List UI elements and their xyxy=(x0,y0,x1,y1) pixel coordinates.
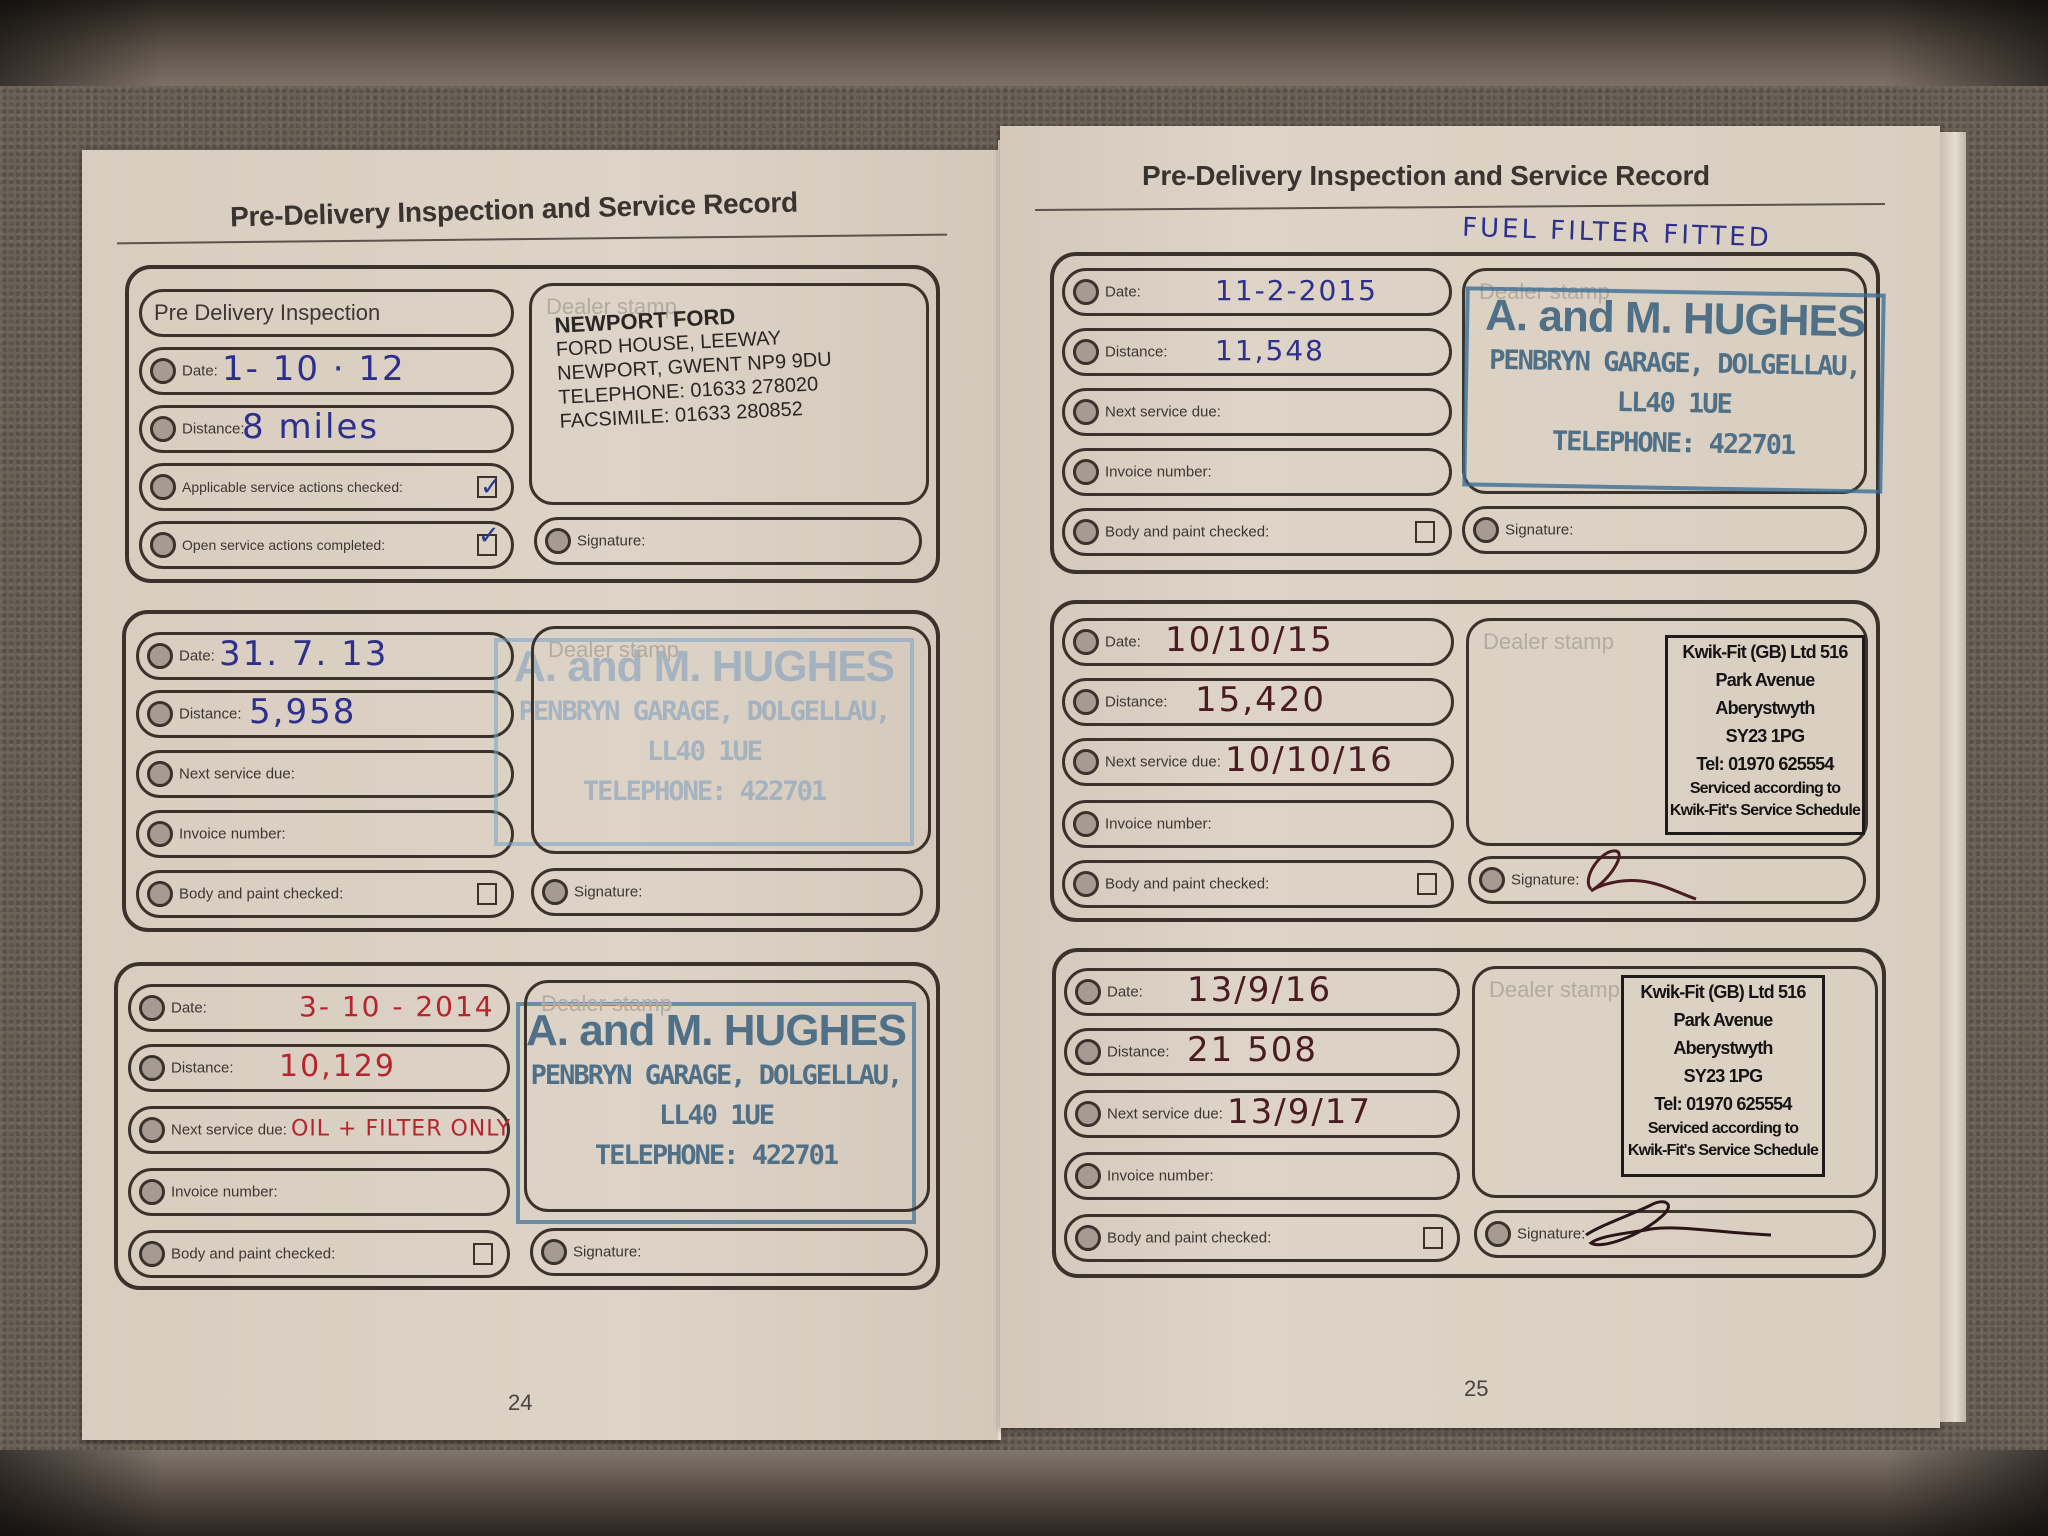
pdi-heading-field: Pre Delivery Inspection xyxy=(139,289,514,337)
date-field[interactable]: Date: 3- 10 - 2014 xyxy=(128,984,510,1032)
distance-field[interactable]: Distance: 8 miles xyxy=(139,405,514,453)
checkbox[interactable]: ✓ xyxy=(477,476,497,498)
bullet-circle-icon xyxy=(1075,1039,1101,1065)
field-label: Distance: xyxy=(1107,1044,1170,1061)
bullet-circle-icon xyxy=(1479,867,1505,893)
distance-field[interactable]: Distance: 10,129 xyxy=(128,1044,510,1092)
field-label: Distance: xyxy=(182,421,245,438)
top-vignette-band xyxy=(0,0,2048,86)
bullet-circle-icon xyxy=(1073,749,1099,775)
bullet-circle-icon xyxy=(150,474,176,500)
bottom-vignette-band xyxy=(0,1450,2048,1536)
signature-scribble-icon xyxy=(1581,1195,1781,1255)
field-label: Signature: xyxy=(577,533,645,550)
date-field[interactable]: Date: 13/9/16 xyxy=(1064,968,1460,1016)
bullet-circle-icon xyxy=(1073,871,1099,897)
dealer-stamp-box: Dealer stamp Kwik-Fit (GB) Ltd 516 Park … xyxy=(1466,618,1868,846)
invoice-number-field[interactable]: Invoice number: xyxy=(128,1168,510,1216)
distance-field[interactable]: Distance: 5,958 xyxy=(136,690,514,738)
field-label: Signature: xyxy=(1511,872,1579,889)
bullet-circle-icon xyxy=(150,532,176,558)
body-paint-checked-field[interactable]: Body and paint checked: xyxy=(136,870,514,918)
page-left: Pre-Delivery Inspection and Service Reco… xyxy=(82,150,1000,1440)
page-right: Pre-Delivery Inspection and Service Reco… xyxy=(1000,126,1940,1428)
dealer-stamp-box: Dealer stamp xyxy=(531,626,931,854)
bullet-circle-icon xyxy=(1073,399,1099,425)
field-value: 10,129 xyxy=(279,1049,396,1084)
checkbox[interactable] xyxy=(1423,1227,1443,1249)
invoice-number-field[interactable]: Invoice number: xyxy=(1064,1152,1460,1200)
stamp-line: Aberystwyth xyxy=(1624,1034,1822,1062)
hughes-garage-stamp: A. and M. HUGHES PENBRYN GARAGE, DOLGELL… xyxy=(1462,286,1885,493)
field-label: Signature: xyxy=(574,884,642,901)
bullet-circle-icon xyxy=(545,528,571,554)
bullet-circle-icon xyxy=(147,701,173,727)
checkbox[interactable]: ✓ xyxy=(477,534,497,556)
field-value: 10/10/16 xyxy=(1225,740,1394,780)
field-value: 21 508 xyxy=(1187,1030,1318,1070)
bullet-circle-icon xyxy=(1073,689,1099,715)
bullet-circle-icon xyxy=(147,881,173,907)
field-label: Date: xyxy=(1107,984,1143,1001)
field-label: Distance: xyxy=(171,1060,234,1077)
bullet-circle-icon xyxy=(150,358,176,384)
stamp-line: Kwik-Fit (GB) Ltd 516 xyxy=(1624,978,1822,1006)
field-label: Invoice number: xyxy=(179,826,286,843)
date-field[interactable]: Date: 10/10/15 xyxy=(1062,618,1454,666)
stamp-line: A. and M. HUGHES xyxy=(1469,290,1882,347)
field-label: Body and paint checked: xyxy=(179,886,343,903)
signature-field[interactable]: Signature: xyxy=(530,1228,928,1276)
stamp-line: Tel: 01970 625554 xyxy=(1624,1090,1822,1118)
stamp-line: Park Avenue xyxy=(1668,666,1862,694)
check-mark-icon: ✓ xyxy=(480,473,502,499)
title-rule xyxy=(1035,203,1885,211)
field-label: Next service due: xyxy=(171,1122,287,1139)
service-record-card: Date: 11-2-2015 Distance: 11,548 Next se… xyxy=(1050,252,1880,574)
field-label: Invoice number: xyxy=(1105,816,1212,833)
next-service-due-field[interactable]: Next service due: xyxy=(1062,388,1452,436)
field-label: Signature: xyxy=(1505,522,1573,539)
bullet-circle-icon xyxy=(139,1055,165,1081)
page-title: Pre-Delivery Inspection and Service Reco… xyxy=(1142,160,1710,192)
stamp-caption: Dealer stamp xyxy=(548,637,679,663)
page-number: 25 xyxy=(1464,1376,1488,1402)
kwik-fit-stamp: Kwik-Fit (GB) Ltd 516 Park Avenue Aberys… xyxy=(1621,975,1825,1177)
body-paint-checked-field[interactable]: Body and paint checked: xyxy=(1062,860,1454,908)
service-record-card: Date: 13/9/16 Distance: 21 508 Next serv… xyxy=(1052,948,1886,1278)
handwritten-annotation: FUEL FILTER FITTED xyxy=(1462,213,1773,254)
field-label: Next service due: xyxy=(1105,754,1221,771)
page-title: Pre-Delivery Inspection and Service Reco… xyxy=(230,187,799,234)
date-field[interactable]: Date: 31. 7. 13 xyxy=(136,632,514,680)
title-rule xyxy=(117,234,947,245)
field-value: 8 miles xyxy=(242,407,379,447)
field-value: 5,958 xyxy=(249,692,356,732)
field-value: 1- 10 · 12 xyxy=(222,349,406,389)
body-paint-checked-field[interactable]: Body and paint checked: xyxy=(128,1230,510,1278)
field-label: Date: xyxy=(171,1000,207,1017)
invoice-number-field[interactable]: Invoice number: xyxy=(1062,800,1454,848)
bullet-circle-icon xyxy=(1073,339,1099,365)
field-label: Date: xyxy=(182,363,218,380)
service-record-card: Date: 31. 7. 13 Distance: 5,958 Next ser… xyxy=(122,610,940,932)
field-label: Next service due: xyxy=(1105,404,1221,421)
bullet-circle-icon xyxy=(1073,811,1099,837)
field-label: Distance: xyxy=(179,706,242,723)
stamp-line: Serviced according to xyxy=(1624,1118,1822,1140)
field-label: Open service actions completed: xyxy=(182,537,385,553)
stamp-line: PENBRYN GARAGE, DOLGELLAU, xyxy=(1468,340,1881,387)
dealer-stamp-box: Dealer stamp NEWPORT FORD FORD HOUSE, LE… xyxy=(529,283,929,505)
service-record-card: Date: 10/10/15 Distance: 15,420 Next ser… xyxy=(1050,600,1880,922)
date-field[interactable]: Date: 11-2-2015 xyxy=(1062,268,1452,316)
next-service-due-field[interactable]: Next service due: 13/9/17 xyxy=(1064,1090,1460,1138)
field-label: Signature: xyxy=(573,1244,641,1261)
distance-field[interactable]: Distance: 21 508 xyxy=(1064,1028,1460,1076)
page-number: 24 xyxy=(508,1390,532,1416)
signature-field[interactable]: Signature: xyxy=(1462,506,1867,554)
field-label: Applicable service actions checked: xyxy=(182,479,403,495)
bullet-circle-icon xyxy=(542,879,568,905)
applicable-service-actions-field[interactable]: Applicable service actions checked: ✓ xyxy=(139,463,514,511)
stamp-line: TELEPHONE: 422701 xyxy=(1467,420,1880,467)
stamp-caption: Dealer stamp xyxy=(1483,629,1614,655)
stamp-caption: Dealer stamp xyxy=(541,991,672,1017)
bullet-circle-icon xyxy=(139,995,165,1021)
signature-field[interactable]: Signature: xyxy=(1468,856,1866,904)
service-record-card: Date: 3- 10 - 2014 Distance: 10,129 Next… xyxy=(114,962,940,1290)
stamp-line: Serviced according to xyxy=(1668,778,1862,800)
open-service-actions-field[interactable]: Open service actions completed: ✓ xyxy=(139,521,514,569)
stamp-line: Kwik-Fit's Service Schedule xyxy=(1668,800,1862,822)
distance-field[interactable]: Distance: 11,548 xyxy=(1062,328,1452,376)
bullet-circle-icon xyxy=(147,643,173,669)
stamp-line: Kwik-Fit (GB) Ltd 516 xyxy=(1668,638,1862,666)
field-label: Next service due: xyxy=(1107,1106,1223,1123)
field-label: Body and paint checked: xyxy=(1105,876,1269,893)
pdi-record-card: Pre Delivery Inspection Date: 1- 10 · 12… xyxy=(125,265,940,583)
body-paint-checked-field[interactable]: Body and paint checked: xyxy=(1064,1214,1460,1262)
bullet-circle-icon xyxy=(1073,459,1099,485)
signature-field[interactable]: Signature: xyxy=(534,517,922,565)
stamp-line: Aberystwyth xyxy=(1668,694,1862,722)
field-value: 15,420 xyxy=(1195,680,1326,720)
bullet-circle-icon xyxy=(1485,1221,1511,1247)
checkbox[interactable] xyxy=(1415,521,1435,543)
signature-field[interactable]: Signature: xyxy=(1474,1210,1876,1258)
body-paint-checked-field[interactable]: Body and paint checked: xyxy=(1062,508,1452,556)
field-value: 3- 10 - 2014 xyxy=(299,990,495,1023)
pdi-heading: Pre Delivery Inspection xyxy=(154,300,380,326)
newport-ford-stamp: NEWPORT FORD FORD HOUSE, LEEWAY NEWPORT,… xyxy=(554,300,835,434)
field-label: Date: xyxy=(1105,284,1141,301)
field-label: Date: xyxy=(179,648,215,665)
next-service-due-field[interactable]: Next service due: OIL + FILTER ONLY xyxy=(128,1106,510,1154)
date-field[interactable]: Date: 1- 10 · 12 xyxy=(139,347,514,395)
bullet-circle-icon xyxy=(1073,629,1099,655)
field-value: 13/9/17 xyxy=(1227,1092,1372,1132)
field-value: OIL + FILTER ONLY xyxy=(291,1116,511,1141)
stamp-line: Park Avenue xyxy=(1624,1006,1822,1034)
stamp-line: Kwik-Fit's Service Schedule xyxy=(1624,1140,1822,1162)
field-value: 11-2-2015 xyxy=(1215,274,1378,307)
stamp-line: Tel: 01970 625554 xyxy=(1668,750,1862,778)
field-label: Body and paint checked: xyxy=(1105,524,1269,541)
field-label: Signature: xyxy=(1517,1226,1585,1243)
bullet-circle-icon xyxy=(1075,979,1101,1005)
check-mark-icon: ✓ xyxy=(478,522,500,548)
booklet-page-edges xyxy=(1940,132,1966,1422)
field-value: 10/10/15 xyxy=(1165,620,1334,660)
invoice-number-field[interactable]: Invoice number: xyxy=(136,810,514,858)
field-label: Body and paint checked: xyxy=(171,1246,335,1263)
field-label: Distance: xyxy=(1105,344,1168,361)
field-value: 13/9/16 xyxy=(1187,970,1332,1010)
field-label: Invoice number: xyxy=(1107,1168,1214,1185)
stamp-caption: Dealer stamp xyxy=(1489,977,1620,1003)
field-label: Distance: xyxy=(1105,694,1168,711)
bullet-circle-icon xyxy=(139,1241,165,1267)
bullet-circle-icon xyxy=(1075,1163,1101,1189)
bullet-circle-icon xyxy=(1473,517,1499,543)
field-label: Date: xyxy=(1105,634,1141,651)
checkbox[interactable] xyxy=(477,883,497,905)
bullet-circle-icon xyxy=(139,1117,165,1143)
bullet-circle-icon xyxy=(139,1179,165,1205)
field-label: Invoice number: xyxy=(171,1184,278,1201)
bullet-circle-icon xyxy=(541,1239,567,1265)
bullet-circle-icon xyxy=(147,761,173,787)
checkbox[interactable] xyxy=(1417,873,1437,895)
dealer-stamp-box: Dealer stamp xyxy=(524,980,930,1212)
signature-scribble-icon xyxy=(1571,839,1711,903)
kwik-fit-stamp: Kwik-Fit (GB) Ltd 516 Park Avenue Aberys… xyxy=(1665,635,1865,835)
bullet-circle-icon xyxy=(1075,1225,1101,1251)
bullet-circle-icon xyxy=(1075,1101,1101,1127)
field-label: Body and paint checked: xyxy=(1107,1230,1271,1247)
invoice-number-field[interactable]: Invoice number: xyxy=(1062,448,1452,496)
bullet-circle-icon xyxy=(147,821,173,847)
dealer-stamp-box: Dealer stamp Kwik-Fit (GB) Ltd 516 Park … xyxy=(1472,966,1878,1198)
bullet-circle-icon xyxy=(150,416,176,442)
stamp-line: SY23 1PG xyxy=(1624,1062,1822,1090)
bullet-circle-icon xyxy=(1073,519,1099,545)
stamp-line: SY23 1PG xyxy=(1668,722,1862,750)
checkbox[interactable] xyxy=(473,1243,493,1265)
next-service-due-field[interactable]: Next service due: xyxy=(136,750,514,798)
field-value: 11,548 xyxy=(1215,334,1325,367)
next-service-due-field[interactable]: Next service due: 10/10/16 xyxy=(1062,738,1454,786)
field-value: 31. 7. 13 xyxy=(219,634,388,674)
signature-field[interactable]: Signature: xyxy=(531,868,923,916)
field-label: Invoice number: xyxy=(1105,464,1212,481)
distance-field[interactable]: Distance: 15,420 xyxy=(1062,678,1454,726)
field-label: Next service due: xyxy=(179,766,295,783)
bullet-circle-icon xyxy=(1073,279,1099,305)
